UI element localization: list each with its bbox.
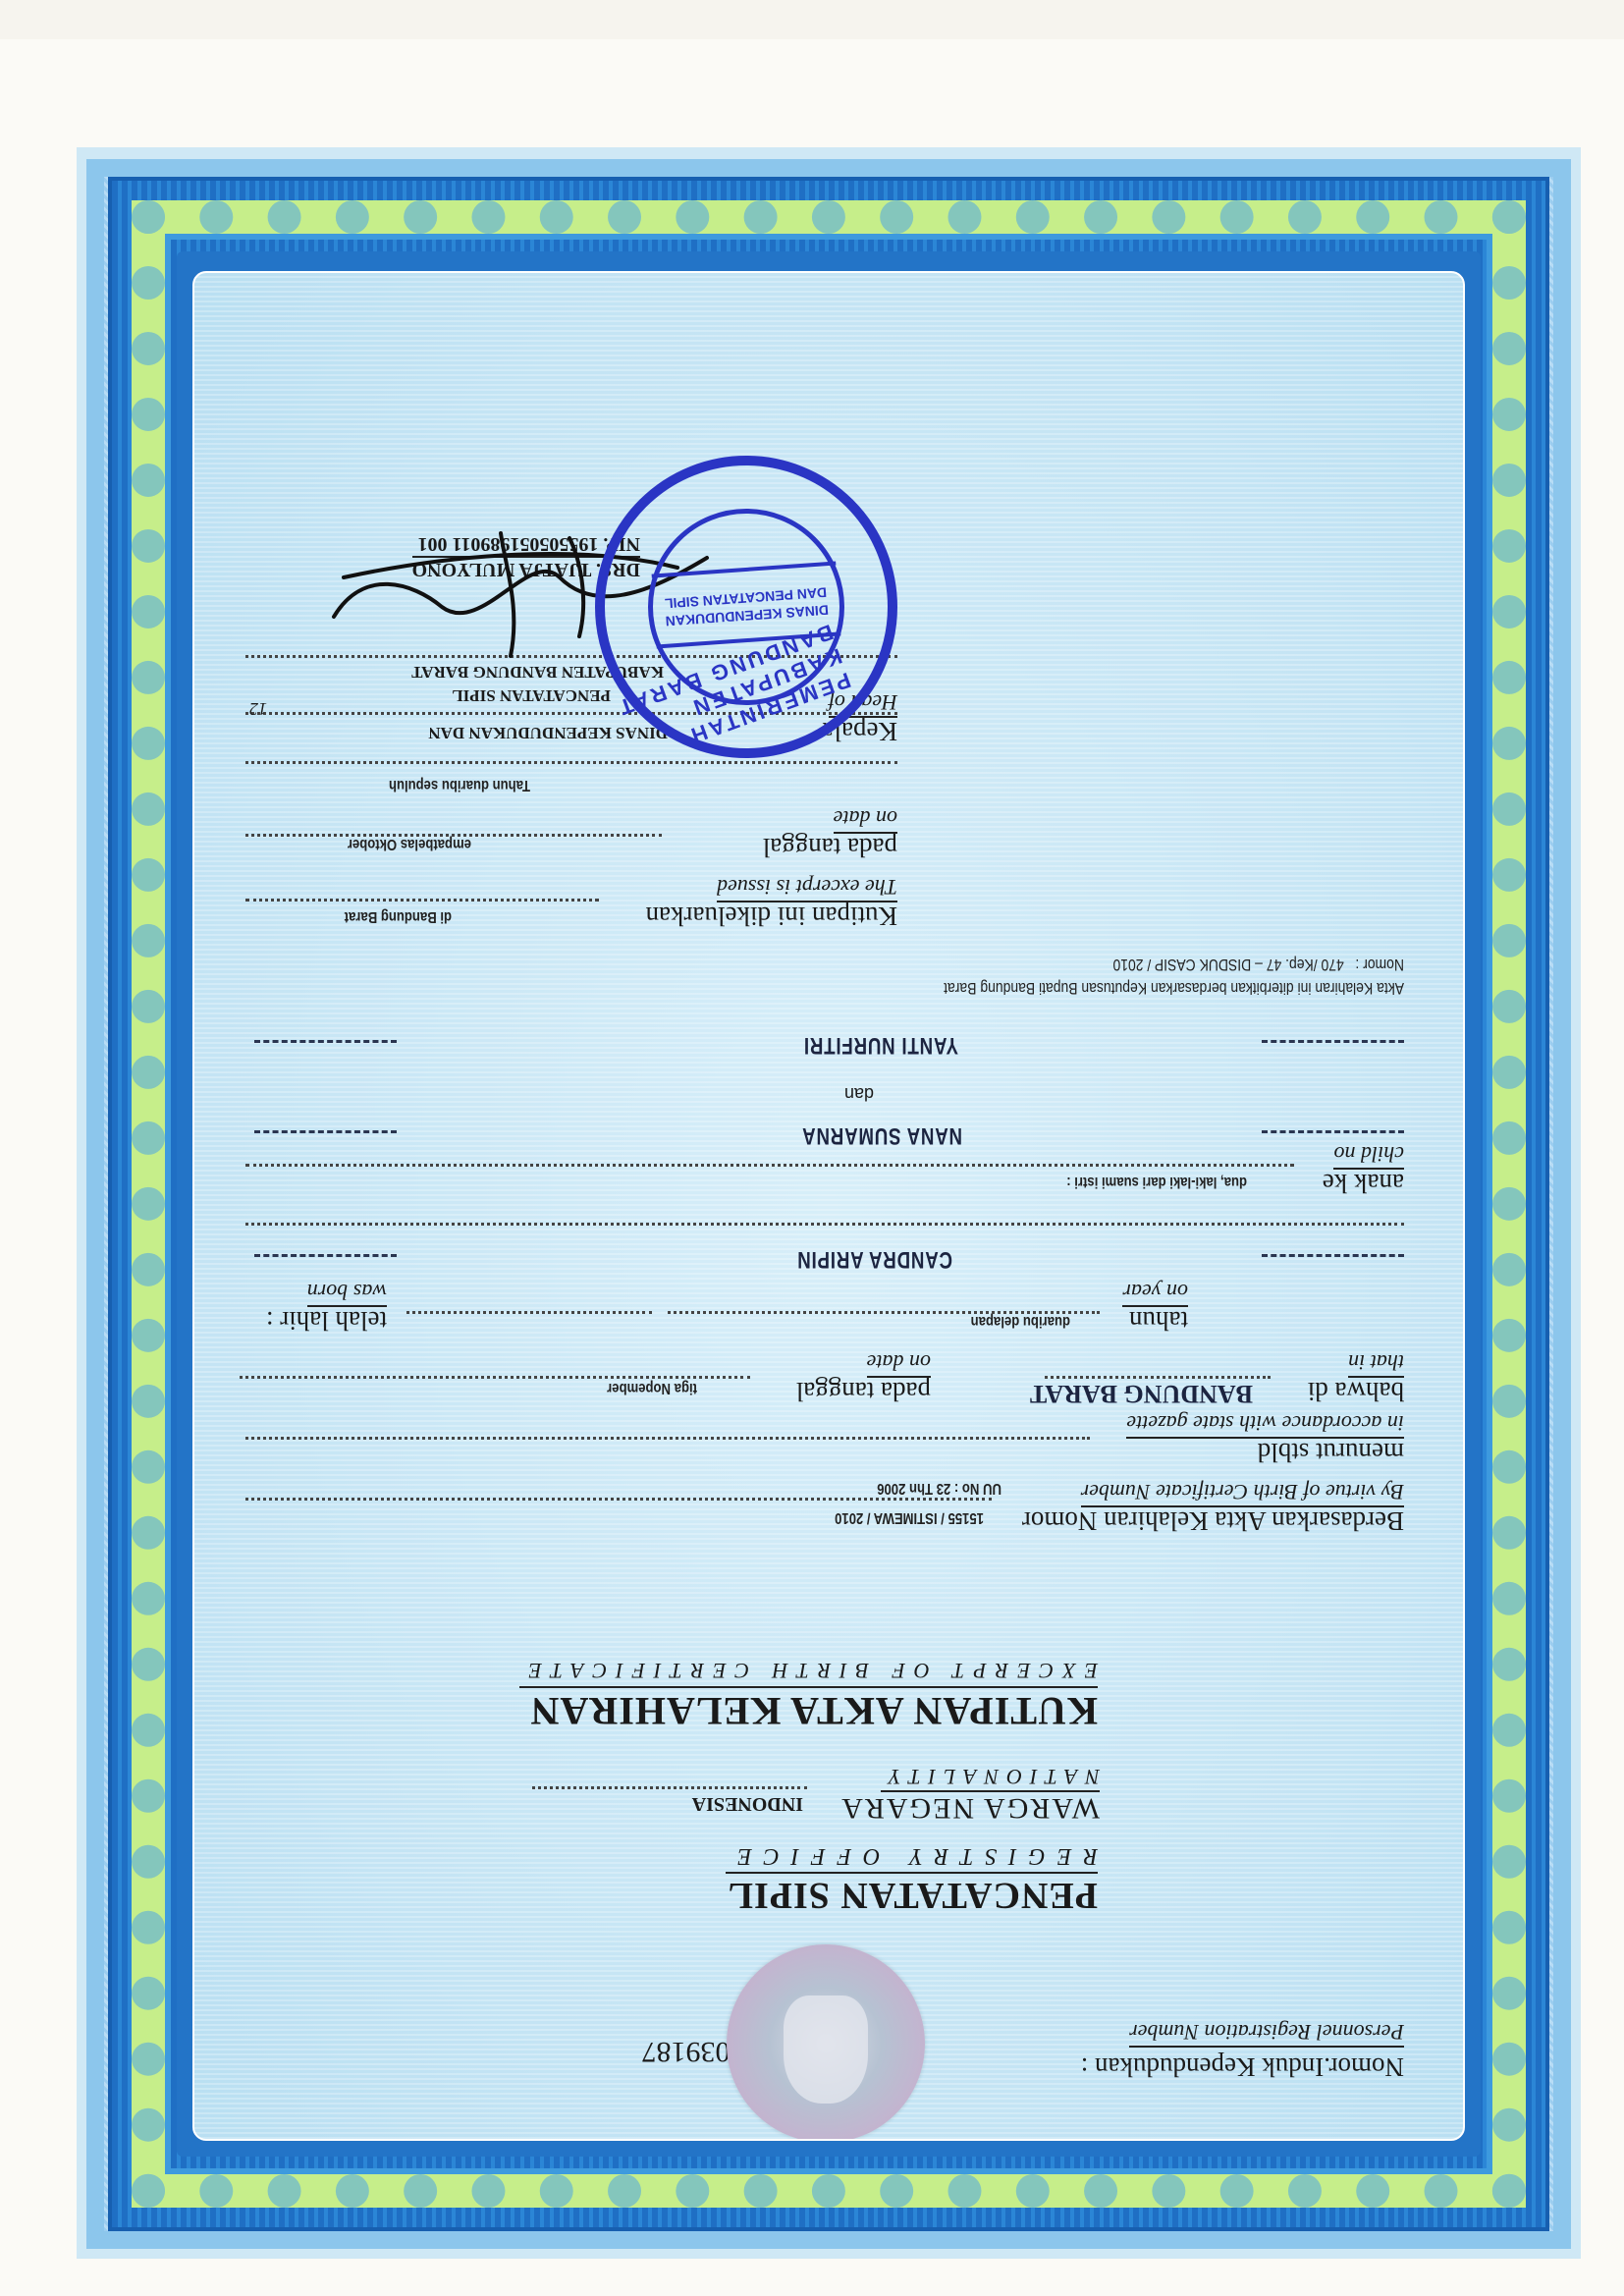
issued-year-dotted-line [245,761,897,764]
born-label-en: was born [307,1281,387,1307]
nationality-label-text: WARGA NEGARA [839,1792,1100,1825]
nik-colon: : [1081,2052,1089,2082]
birth-date-label-en: on date [867,1351,931,1378]
stamp-band: DINAS KEPENDUDUKAN DAN PENCATATAN SIPIL [652,562,841,649]
decree-number: Nomor : 470 /Kep. 47 – DISDUK CASIP / 20… [1112,955,1404,974]
birth-date-label: pada tanggal on date [796,1350,931,1404]
nationality-label-en: NATIONALITY [881,1766,1100,1792]
birth-date-label-text: pada tanggal [796,1377,931,1406]
place-label-text: bahwa di [1308,1377,1404,1406]
nationality-value: INDONESIA [692,1792,803,1815]
main-title-en: EXCERPT OF BIRTH CERTIFICATE [519,1658,1098,1688]
nik-label-en: Personnel Registration Number [1129,2021,1404,2048]
issued-date-label-text: pada tanggal [763,833,897,862]
issued-label: Kutipan ini dikeluarkan The excerpt is i… [646,875,897,929]
father-name: NANA SUMARNA [801,1121,962,1149]
issued-date-label-en: on date [834,807,897,834]
birth-year-label: tahun on year [1122,1280,1188,1334]
place-dotted-line [1045,1376,1271,1379]
mother-dash-left [1262,1040,1404,1043]
nationality-dotted-line [532,1786,807,1789]
child-no-value: dua, laki-laki dari suami istri : [1066,1173,1247,1190]
child-no-label-en: child no [1334,1143,1405,1170]
father-dash-right [254,1130,397,1133]
issued-year-value: Tahun duaribu sepuluh [389,776,530,793]
certificate-content-rotated: Nomor.Induk Kependudukan : Personnel Reg… [194,273,1463,2139]
child-no-label-text: anak ke [1323,1169,1404,1198]
stbld-dotted-line [245,1437,1090,1440]
signatory-office-line2: PENCATATAN SIPIL [452,685,611,705]
place-label: bahwa di that in [1308,1350,1404,1404]
main-title: KUTIPAN AKTA KELAHIRAN [519,1688,1098,1734]
decree-number-colon: : [1355,956,1359,974]
issued-label-en: The excerpt is issued [717,876,897,902]
birth-year-dotted-line [668,1311,1100,1314]
child-name-dash-right [254,1254,397,1257]
born-dotted-line [406,1311,652,1314]
garuda-hologram-icon [727,1944,925,2141]
child-no-value-text: dua, laki-laki dari suami istri [1074,1174,1247,1190]
stbld-label: menurut stbld in accordance with state g… [1126,1411,1404,1465]
child-name-dash-left [1262,1254,1404,1257]
paraf-initial: 12 [249,698,267,719]
stbld-label-en: in accordance with state gazette [1126,1412,1404,1439]
child-no-label: anak ke child no [1323,1142,1404,1196]
mother-dash-right [254,1040,397,1043]
decree-number-value: 470 /Kep. 47 – DISDUK CASIP / 2010 [1112,956,1343,974]
issued-date-label: pada tanggal on date [763,806,897,860]
certificate-field: Nomor.Induk Kependudukan : Personnel Reg… [192,271,1465,2141]
stbld-value: UU No : 23 Thn 2006 [877,1479,1001,1497]
cert-number-value: 15155 / ISTIMEWA / 2010 [835,1508,984,1526]
birth-date-dotted-line [240,1376,750,1379]
issued-label-text: Kutipan ini dikeluarkan [646,902,897,931]
conjunction-and: dan [844,1083,874,1104]
main-title-block: KUTIPAN AKTA KELAHIRAN EXCERPT OF BIRTH … [519,1658,1098,1734]
place-label-en: that in [1348,1351,1404,1378]
born-colon: : [266,1306,274,1336]
cert-number-label-text: Berdasarkan Akta Kelahiran Nomor [1022,1506,1404,1536]
child-name-dotted-line [245,1223,1404,1226]
born-label-text: telah lahir [280,1306,387,1336]
office-title-en: REGISTRY OFFICE [726,1842,1098,1874]
child-no-colon: : [1066,1174,1070,1190]
birth-year-label-en: on year [1122,1281,1188,1307]
nik-label: Nomor.Induk Kependudukan : Personnel Reg… [1081,2020,1404,2080]
issued-date-value: empatbelas Oktober [348,835,471,852]
cert-number-label-en: By virtue of Birth Certificate Number [1081,1481,1404,1507]
birth-year-label-text: tahun [1129,1306,1188,1336]
office-title: PENCATATAN SIPIL [726,1874,1098,1917]
issued-place: di Bandung Barat [345,907,452,925]
issued-place-dotted-line [245,899,599,902]
place-value: BANDUNG BARAT [1030,1379,1253,1408]
birth-year-value: duaribu delapan [971,1312,1070,1330]
cert-number-label: Berdasarkan Akta Kelahiran Nomor By virt… [1022,1480,1404,1534]
office-title-block: PENCATATAN SIPIL REGISTRY OFFICE [726,1842,1098,1917]
decree-text: Akta Kelahiran ini diterbitkan berdasark… [944,978,1404,998]
nationality-label: WARGA NEGARA NATIONALITY [839,1764,1100,1823]
cert-number-dotted-line [245,1498,992,1501]
issued-date-dotted-line [245,834,662,837]
decree-number-label: Nomor [1363,956,1404,974]
mother-name: YANTI NURFITRI [803,1031,958,1059]
father-dash-left [1262,1130,1404,1133]
stbld-label-text: menurut stbld [1258,1438,1404,1467]
official-stamp-icon: PEMERINTAH KABUPATEN BANDUNG BARAT DINAS… [595,456,897,758]
child-no-dotted-line [245,1164,1294,1167]
child-name: CANDRA ARIPIN [796,1245,952,1273]
birth-date-value: tiga Nopember [607,1379,697,1396]
nik-label-text: Nomor.Induk Kependudukan [1095,2052,1404,2082]
born-label: telah lahir : was born [266,1280,387,1334]
